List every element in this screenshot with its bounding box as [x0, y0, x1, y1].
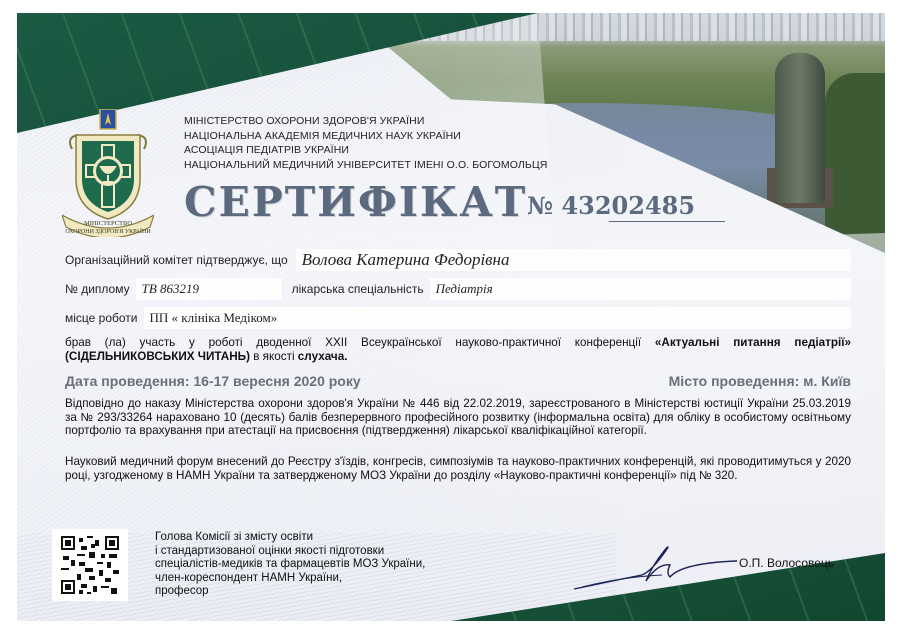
qr-code-icon — [61, 536, 119, 594]
participant-role: слухача. — [298, 350, 348, 363]
signatory-name: О.П. Волосовець — [739, 556, 834, 570]
position-line: Голова Комісії зі змісту освіти — [155, 531, 425, 545]
event-city: Місто проведення: м. Київ — [669, 373, 851, 389]
diploma-label: № диплому — [65, 282, 130, 296]
signatory-position: Голова Комісії зі змісту освіти і станда… — [155, 531, 425, 599]
certificate-sheet: МІНІСТЕРСТВО ОХОРОНИ ЗДОРОВ'Я УКРАЇНИ МІ… — [17, 13, 885, 621]
registry-paragraph: Науковий медичний форум внесений до Реєс… — [65, 455, 851, 482]
event-details: Дата проведення: 16-17 вересня 2020 року… — [65, 373, 851, 389]
certificate-number: № 43202485 — [527, 191, 695, 220]
participation-text: брав (ла) участь у роботі дводенної XXII… — [65, 336, 851, 363]
diploma-number-field: ТВ 863219 — [136, 278, 282, 300]
position-line: спеціалістів-медиків та фармацевтів МОЗ … — [155, 558, 425, 572]
specialty-label: лікарська спеціальність — [292, 282, 424, 296]
workplace-field: ПП « клініка Медіком» — [144, 307, 852, 329]
confirm-label: Організаційний комітет підтверджує, що — [65, 253, 288, 267]
full-name-field: Волова Катерина Федорівна — [296, 249, 851, 271]
certificate-number-suffix: 2485 — [628, 191, 695, 220]
participation-part2: в якості — [250, 350, 298, 363]
participation-part1: брав (ла) участь у роботі дводенної XXII… — [65, 336, 655, 349]
handwritten-signature — [572, 541, 742, 596]
position-line: професор — [155, 585, 425, 599]
svg-text:МІНІСТЕРСТВО: МІНІСТЕРСТВО — [84, 220, 132, 227]
event-date: Дата проведення: 16-17 вересня 2020 року — [65, 373, 361, 389]
org-line: МІНІСТЕРСТВО ОХОРОНИ ЗДОРОВ'Я УКРАЇНИ — [184, 114, 547, 129]
specialty-field: Педіатрія — [430, 278, 851, 300]
name-row: Організаційний комітет підтверджує, що В… — [65, 249, 851, 271]
org-line: НАЦІОНАЛЬНИЙ МЕДИЧНИЙ УНІВЕРСИТЕТ ІМЕНІ … — [184, 158, 547, 173]
org-line: АСОЦІАЦІЯ ПЕДІАТРІВ УКРАЇНИ — [184, 143, 547, 158]
volodymyr-monument — [775, 53, 825, 203]
diploma-row: № диплому ТВ 863219 лікарська спеціальні… — [65, 278, 851, 300]
trees — [825, 73, 885, 253]
issuing-organizations: МІНІСТЕРСТВО ОХОРОНИ ЗДОРОВ'Я УКРАЇНИ НА… — [184, 114, 547, 172]
ministry-of-health-emblem-icon: МІНІСТЕРСТВО ОХОРОНИ ЗДОРОВ'Я УКРАЇНИ — [62, 109, 154, 237]
cpd-points-paragraph: Відповідно до наказу Міністерства охорон… — [65, 397, 851, 438]
workplace-label: місце роботи — [65, 311, 138, 325]
qr-code[interactable] — [52, 529, 128, 601]
certificate-title: СЕРТИФІКАТ — [184, 178, 527, 226]
number-underline — [609, 221, 725, 222]
certificate-number-prefix: № 4320 — [527, 191, 628, 220]
position-line: член-кореспондент НАМН України, — [155, 572, 425, 586]
svg-text:ОХОРОНИ ЗДОРОВ'Я УКРАЇНИ: ОХОРОНИ ЗДОРОВ'Я УКРАЇНИ — [65, 228, 151, 235]
org-line: НАЦІОНАЛЬНА АКАДЕМІЯ МЕДИЧНИХ НАУК УКРАЇ… — [184, 129, 547, 144]
workplace-row: місце роботи ПП « клініка Медіком» — [65, 307, 851, 329]
position-line: і стандартизованої оцінки якості підгото… — [155, 545, 425, 559]
